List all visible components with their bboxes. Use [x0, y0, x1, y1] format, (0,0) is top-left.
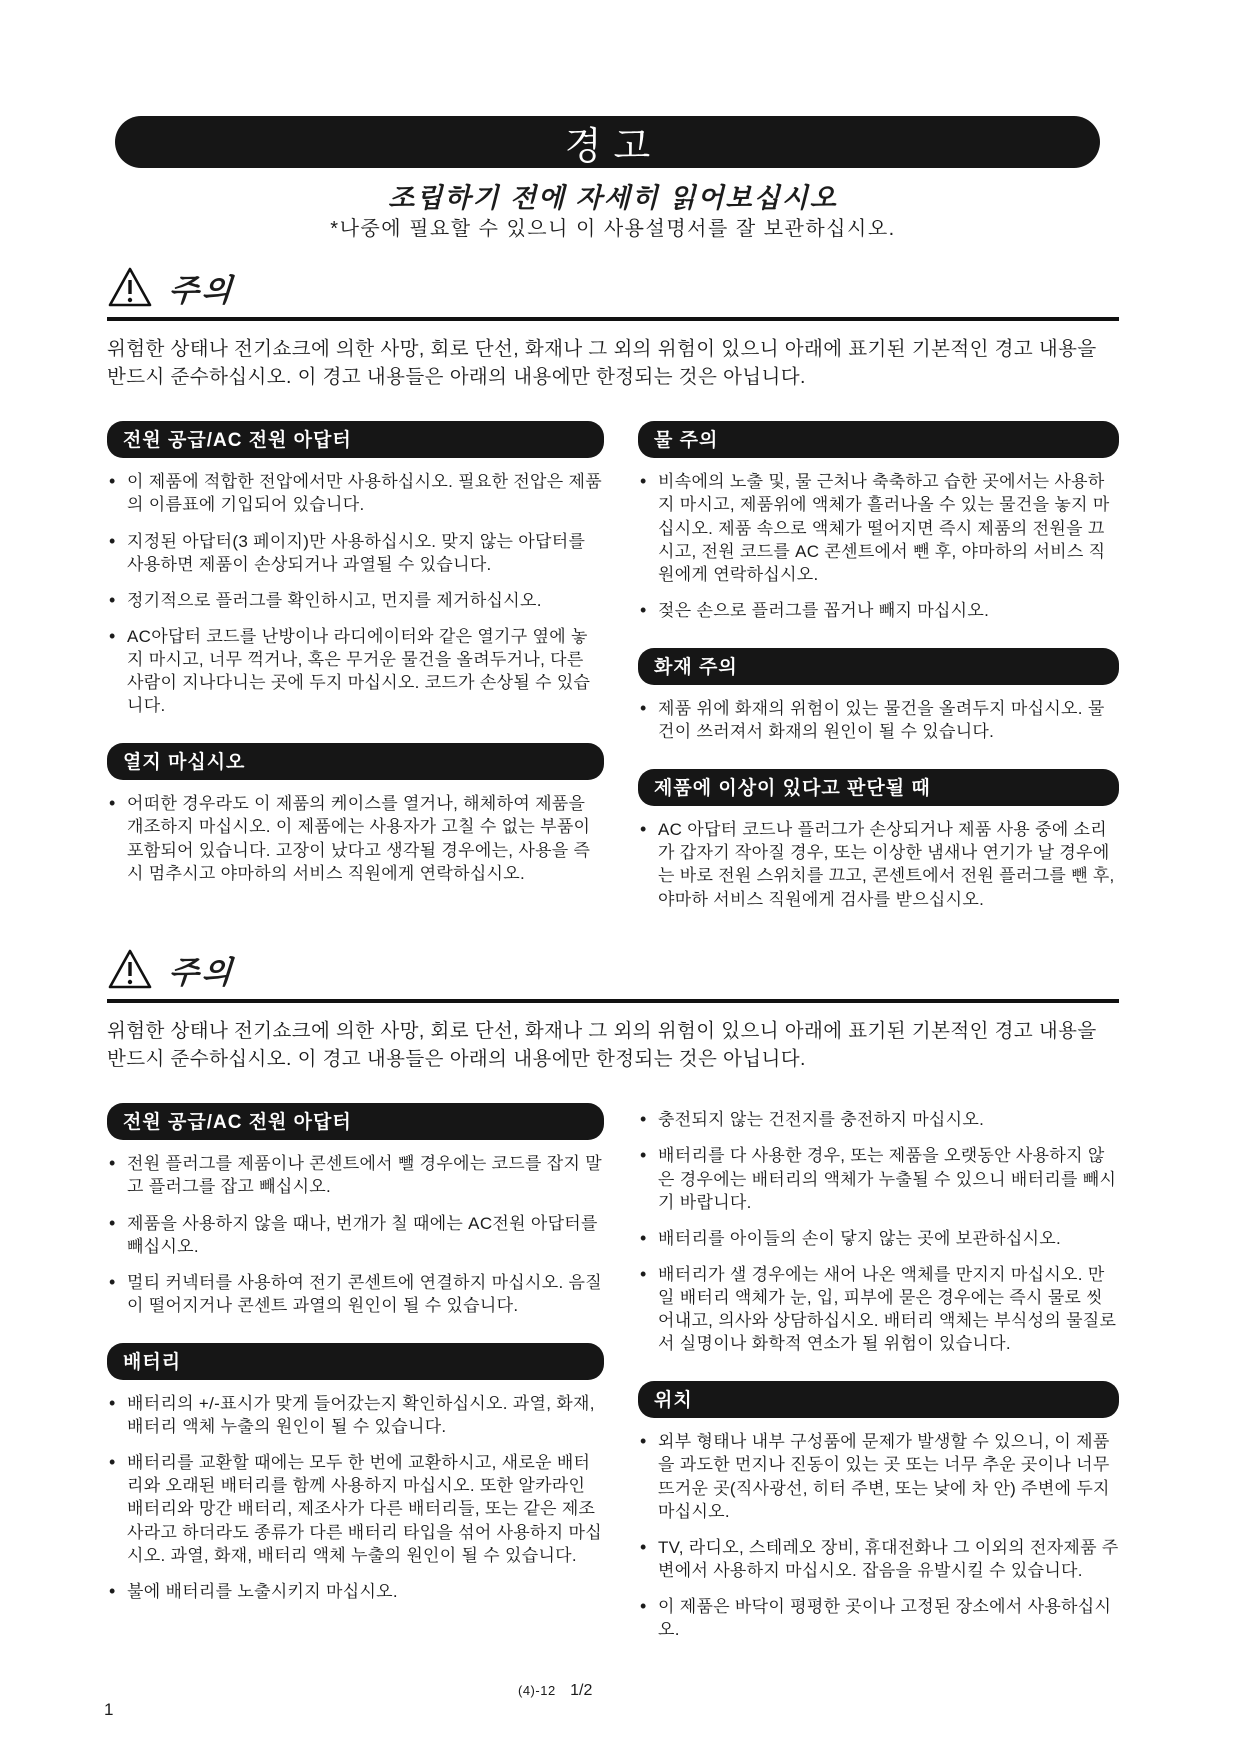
bullet-list: 어떠한 경우라도 이 제품의 케이스를 열거나, 해체하여 제품을 개조하지 마… [107, 792, 604, 884]
bullet-item: 이 제품은 바닥이 평평한 곳이나 고정된 장소에서 사용하십시오. [638, 1595, 1119, 1641]
section-title: 주의 [167, 265, 236, 310]
topic-header-pill: 전원 공급/AC 전원 아답터 [107, 421, 604, 458]
bullet-list: 비속에의 노출 및, 물 근처나 축축하고 습한 곳에서는 사용하지 마시고, … [638, 470, 1119, 622]
topic-header-pill: 배터리 [107, 1343, 604, 1380]
bullet-item: 정기적으로 플러그를 확인하시고, 먼지를 제거하십시오. [107, 589, 604, 612]
bullet-item: 불에 배터리를 노출시키지 마십시오. [107, 1580, 604, 1603]
bullet-item: 어떠한 경우라도 이 제품의 케이스를 열거나, 해체하여 제품을 개조하지 마… [107, 792, 604, 884]
topic-group-battery-continued: 충전되지 않는 건전지를 충전하지 마십시오. 배터리를 다 사용한 경우, 또… [638, 1103, 1119, 1355]
column-right: 충전되지 않는 건전지를 충전하지 마십시오. 배터리를 다 사용한 경우, 또… [638, 1103, 1119, 1654]
bullet-item: TV, 라디오, 스테레오 장비, 휴대전화나 그 이외의 전자제품 주변에서 … [638, 1536, 1119, 1582]
footer-code: (4)-12 [518, 1683, 556, 1698]
bullet-list: 충전되지 않는 건전지를 충전하지 마십시오. 배터리를 다 사용한 경우, 또… [638, 1108, 1119, 1355]
section-heading: 주의 [107, 946, 1119, 992]
section-title: 주의 [167, 947, 236, 992]
document-subtitle: 조립하기 전에 자세히 읽어보십시오 [107, 176, 1119, 215]
bullet-item: 제품을 사용하지 않을 때나, 번개가 칠 때에는 AC전원 아답터를 빼십시오… [107, 1212, 604, 1258]
manual-warning-page: 경고 조립하기 전에 자세히 읽어보십시오 *나중에 필요할 수 있으니 이 사… [0, 0, 1241, 1754]
topic-header-pill: 제품에 이상이 있다고 판단될 때 [638, 769, 1119, 806]
warning-banner-title: 경고 [553, 115, 662, 170]
footer: (4)-12 1/2 [518, 1682, 592, 1700]
column-left: 전원 공급/AC 전원 아답터 이 제품에 적합한 전압에서만 사용하십시오. … [107, 421, 604, 923]
footer-page-indicator: 1/2 [570, 1682, 592, 1699]
bullet-item: 충전되지 않는 건전지를 충전하지 마십시오. [638, 1108, 1119, 1131]
caution-section-1: 주의 위험한 상태나 전기쇼크에 의한 사망, 회로 단선, 화재나 그 외의 … [107, 264, 1119, 924]
topic-group-do-not-open: 열지 마십시오 어떠한 경우라도 이 제품의 케이스를 열거나, 해체하여 제품… [107, 743, 604, 884]
section-intro: 위험한 상태나 전기쇼크에 의한 사망, 회로 단선, 화재나 그 외의 위험이… [107, 1018, 1119, 1073]
section-intro: 위험한 상태나 전기쇼크에 의한 사망, 회로 단선, 화재나 그 외의 위험이… [107, 336, 1119, 391]
section-divider [107, 317, 1119, 321]
warning-banner: 경고 [115, 116, 1100, 168]
topic-group-power-supply: 전원 공급/AC 전원 아답터 이 제품에 적합한 전압에서만 사용하십시오. … [107, 421, 604, 717]
bullet-item: 외부 형태나 내부 구성품에 문제가 발생할 수 있으니, 이 제품을 과도한 … [638, 1430, 1119, 1522]
topic-header-pill: 열지 마십시오 [107, 743, 604, 780]
page-number: 1 [104, 1700, 113, 1720]
bullet-item: 전원 플러그를 제품이나 콘센트에서 뺄 경우에는 코드를 잡지 말고 플러그를… [107, 1152, 604, 1198]
bullet-item: 배터리를 아이들의 손이 닿지 않는 곳에 보관하십시오. [638, 1227, 1119, 1250]
bullet-list: 전원 플러그를 제품이나 콘센트에서 뺄 경우에는 코드를 잡지 말고 플러그를… [107, 1152, 604, 1317]
bullet-item: 제품 위에 화재의 위험이 있는 물건을 올려두지 마십시오. 물건이 쓰러져서… [638, 697, 1119, 743]
warning-triangle-icon [107, 266, 153, 308]
topic-group-power-supply: 전원 공급/AC 전원 아답터 전원 플러그를 제품이나 콘센트에서 뺄 경우에… [107, 1103, 604, 1317]
bullet-item: 이 제품에 적합한 전압에서만 사용하십시오. 필요한 전압은 제품의 이름표에… [107, 470, 604, 516]
bullet-item: 멀티 커넥터를 사용하여 전기 콘센트에 연결하지 마십시오. 음질이 떨어지거… [107, 1271, 604, 1317]
topic-group-battery: 배터리 배터리의 +/-표시가 맞게 들어갔는지 확인하십시오. 과열, 화재,… [107, 1343, 604, 1603]
warning-triangle-icon [107, 948, 153, 990]
bullet-item: AC 아답터 코드나 플러그가 손상되거나 제품 사용 중에 소리가 갑자기 작… [638, 818, 1119, 910]
bullet-item: 배터리를 다 사용한 경우, 또는 제품을 오랫동안 사용하지 않은 경우에는 … [638, 1144, 1119, 1213]
column-left: 전원 공급/AC 전원 아답터 전원 플러그를 제품이나 콘센트에서 뺄 경우에… [107, 1103, 604, 1654]
bullet-item: 비속에의 노출 및, 물 근처나 축축하고 습한 곳에서는 사용하지 마시고, … [638, 470, 1119, 586]
two-column-layout: 전원 공급/AC 전원 아답터 이 제품에 적합한 전압에서만 사용하십시오. … [107, 421, 1119, 923]
bullet-list: 이 제품에 적합한 전압에서만 사용하십시오. 필요한 전압은 제품의 이름표에… [107, 470, 604, 717]
bullet-item: 배터리를 교환할 때에는 모두 한 번에 교환하시고, 새로운 배터리와 오래된… [107, 1451, 604, 1567]
bullet-list: 제품 위에 화재의 위험이 있는 물건을 올려두지 마십시오. 물건이 쓰러져서… [638, 697, 1119, 743]
bullet-item: 배터리가 샐 경우에는 새어 나온 액체를 만지지 마십시오. 만일 배터리 액… [638, 1263, 1119, 1355]
caution-section-2: 주의 위험한 상태나 전기쇼크에 의한 사망, 회로 단선, 화재나 그 외의 … [107, 946, 1119, 1654]
topic-header-pill: 화재 주의 [638, 648, 1119, 685]
bullet-item: 지정된 아답터(3 페이지)만 사용하십시오. 맞지 않는 아답터를 사용하면 … [107, 530, 604, 576]
topic-header-pill: 물 주의 [638, 421, 1119, 458]
topic-group-location: 위치 외부 형태나 내부 구성품에 문제가 발생할 수 있으니, 이 제품을 과… [638, 1381, 1119, 1641]
keep-manual-note: *나중에 필요할 수 있으니 이 사용설명서를 잘 보관하십시오. [107, 212, 1119, 241]
topic-group-water-warning: 물 주의 비속에의 노출 및, 물 근처나 축축하고 습한 곳에서는 사용하지 … [638, 421, 1119, 622]
bullet-item: AC아답터 코드를 난방이나 라디에이터와 같은 열기구 옆에 놓지 마시고, … [107, 625, 604, 717]
column-right: 물 주의 비속에의 노출 및, 물 근처나 축축하고 습한 곳에서는 사용하지 … [638, 421, 1119, 923]
bullet-list: AC 아답터 코드나 플러그가 손상되거나 제품 사용 중에 소리가 갑자기 작… [638, 818, 1119, 910]
bullet-item: 젖은 손으로 플러그를 꼽거나 빼지 마십시오. [638, 599, 1119, 622]
topic-header-pill: 전원 공급/AC 전원 아답터 [107, 1103, 604, 1140]
section-divider [107, 999, 1119, 1003]
topic-header-pill: 위치 [638, 1381, 1119, 1418]
section-heading: 주의 [107, 264, 1119, 310]
two-column-layout: 전원 공급/AC 전원 아답터 전원 플러그를 제품이나 콘센트에서 뺄 경우에… [107, 1103, 1119, 1654]
topic-group-fire-warning: 화재 주의 제품 위에 화재의 위험이 있는 물건을 올려두지 마십시오. 물건… [638, 648, 1119, 743]
bullet-list: 외부 형태나 내부 구성품에 문제가 발생할 수 있으니, 이 제품을 과도한 … [638, 1430, 1119, 1641]
topic-group-abnormality: 제품에 이상이 있다고 판단될 때 AC 아답터 코드나 플러그가 손상되거나 … [638, 769, 1119, 910]
bullet-item: 배터리의 +/-표시가 맞게 들어갔는지 확인하십시오. 과열, 화재, 배터리… [107, 1392, 604, 1438]
bullet-list: 배터리의 +/-표시가 맞게 들어갔는지 확인하십시오. 과열, 화재, 배터리… [107, 1392, 604, 1603]
